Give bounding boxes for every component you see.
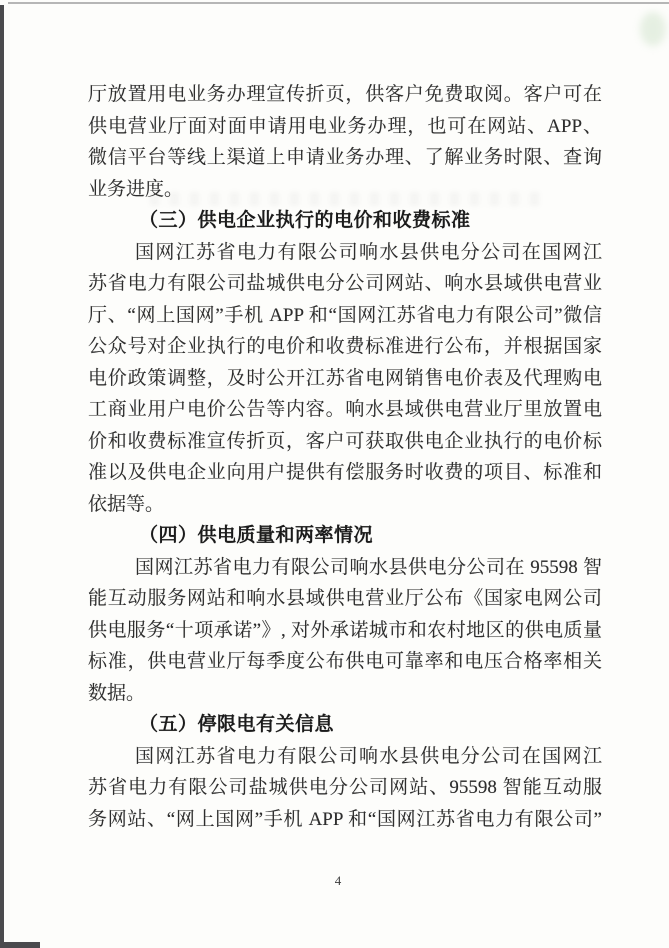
text-line: 微信平台等线上渠道上申请业务办理、了解业务时限、查询 <box>88 142 602 174</box>
scan-edge-left-bar <box>0 5 4 948</box>
text-line: 标准，供电营业厅每季度公布供电可靠率和电压合格率相关 <box>88 646 602 678</box>
text-line: 国网江苏省电力有限公司响水县供电分公司在国网江 <box>88 237 602 269</box>
text-line: 依据等。 <box>88 489 602 521</box>
text-line: 供电服务“十项承诺”》, 对外承诺城市和农村地区的供电质量 <box>88 615 602 647</box>
text-line: 准以及供电企业向用户提供有偿服务时收费的项目、标准和 <box>88 457 602 489</box>
text-line: 能互动服务网站和响水县域供电营业厅公布《国家电网公司 <box>88 583 602 615</box>
page-number: 4 <box>0 873 669 889</box>
text-line: 电价政策调整，及时公开江苏省电网销售电价表及代理购电 <box>88 363 602 395</box>
text-line: 苏省电力有限公司盐城供电分公司网站、响水县域供电营业 <box>88 268 602 300</box>
text-line: 国网江苏省电力有限公司响水县供电分公司在 95598 智 <box>88 552 602 584</box>
text-line: 苏省电力有限公司盐城供电分公司网站、95598 智能互动服 <box>88 772 602 804</box>
text-line: 价和收费标准宣传折页，客户可获取供电企业执行的电价标 <box>88 426 602 458</box>
text-line: 供电营业厅面对面申请用电业务办理，也可在网站、APP、 <box>88 111 602 143</box>
text-line: 数据。 <box>88 678 602 710</box>
text-line: 厅放置用电业务办理宣传折页，供客户免费取阅。客户可在 <box>88 79 602 111</box>
text-line: 厅、“网上国网”手机 APP 和“国网江苏省电力有限公司”微信 <box>88 300 602 332</box>
section-heading: （四）供电质量和两率情况 <box>88 520 602 552</box>
section-heading: （五）停限电有关信息 <box>88 709 602 741</box>
text-line: 国网江苏省电力有限公司响水县供电分公司在国网江 <box>88 741 602 773</box>
document-body: 厅放置用电业务办理宣传折页，供客户免费取阅。客户可在供电营业厅面对面申请用电业务… <box>88 79 602 835</box>
scan-mark-bottom-left <box>0 942 40 948</box>
text-line: 工商业用户电价公告等内容。响水县域供电营业厅里放置电 <box>88 394 602 426</box>
section-heading: （三）供电企业执行的电价和收费标准 <box>88 205 602 237</box>
scanned-document-page: 厅放置用电业务办理宣传折页，供客户免费取阅。客户可在供电营业厅面对面申请用电业务… <box>0 0 669 948</box>
text-line: 务网站、“网上国网”手机 APP 和“国网江苏省电力有限公司” <box>88 804 602 836</box>
scan-smudge <box>640 12 666 46</box>
scan-edge-top-line <box>8 2 669 4</box>
text-line: 公众号对企业执行的电价和收费标准进行公布，并根据国家 <box>88 331 602 363</box>
text-line: 业务进度。 <box>88 174 602 206</box>
